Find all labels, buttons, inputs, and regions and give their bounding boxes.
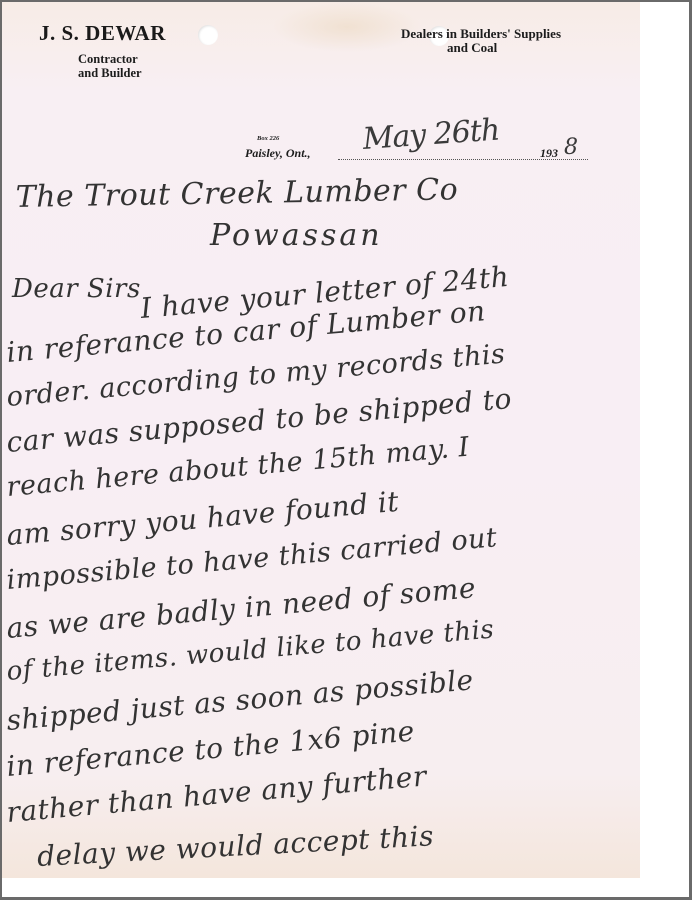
letterhead-subtitle-line2: and Builder (78, 66, 142, 80)
place-printed: Paisley, Ont., (245, 146, 311, 161)
body-line: delay we would accept this (36, 819, 434, 873)
letterhead-business-line2: and Coal (401, 41, 561, 55)
salutation: Dear Sirs (12, 274, 141, 304)
handwritten-date: May 26th (362, 113, 501, 157)
letterhead-business: Dealers in Builders' Supplies and Coal (401, 27, 561, 55)
punch-hole-icon (198, 25, 218, 45)
year-handwritten: 8 (564, 135, 578, 160)
letterhead-business-line1: Dealers in Builders' Supplies (401, 26, 561, 41)
year-printed: 193 (540, 146, 558, 161)
letterhead-subtitle: Contractor and Builder (78, 52, 142, 80)
box-number: Box 226 (257, 135, 279, 142)
letterhead-name: J. S. DEWAR (39, 21, 166, 46)
scan-frame: J. S. DEWAR Contractor and Builder Deale… (2, 2, 689, 897)
letter-page: J. S. DEWAR Contractor and Builder Deale… (2, 2, 640, 878)
recipient-line1: The Trout Creek Lumber Co (15, 172, 458, 215)
recipient-line2: Powassan (210, 218, 383, 253)
paper-stain (272, 2, 422, 52)
letterhead-subtitle-line1: Contractor (78, 52, 142, 66)
